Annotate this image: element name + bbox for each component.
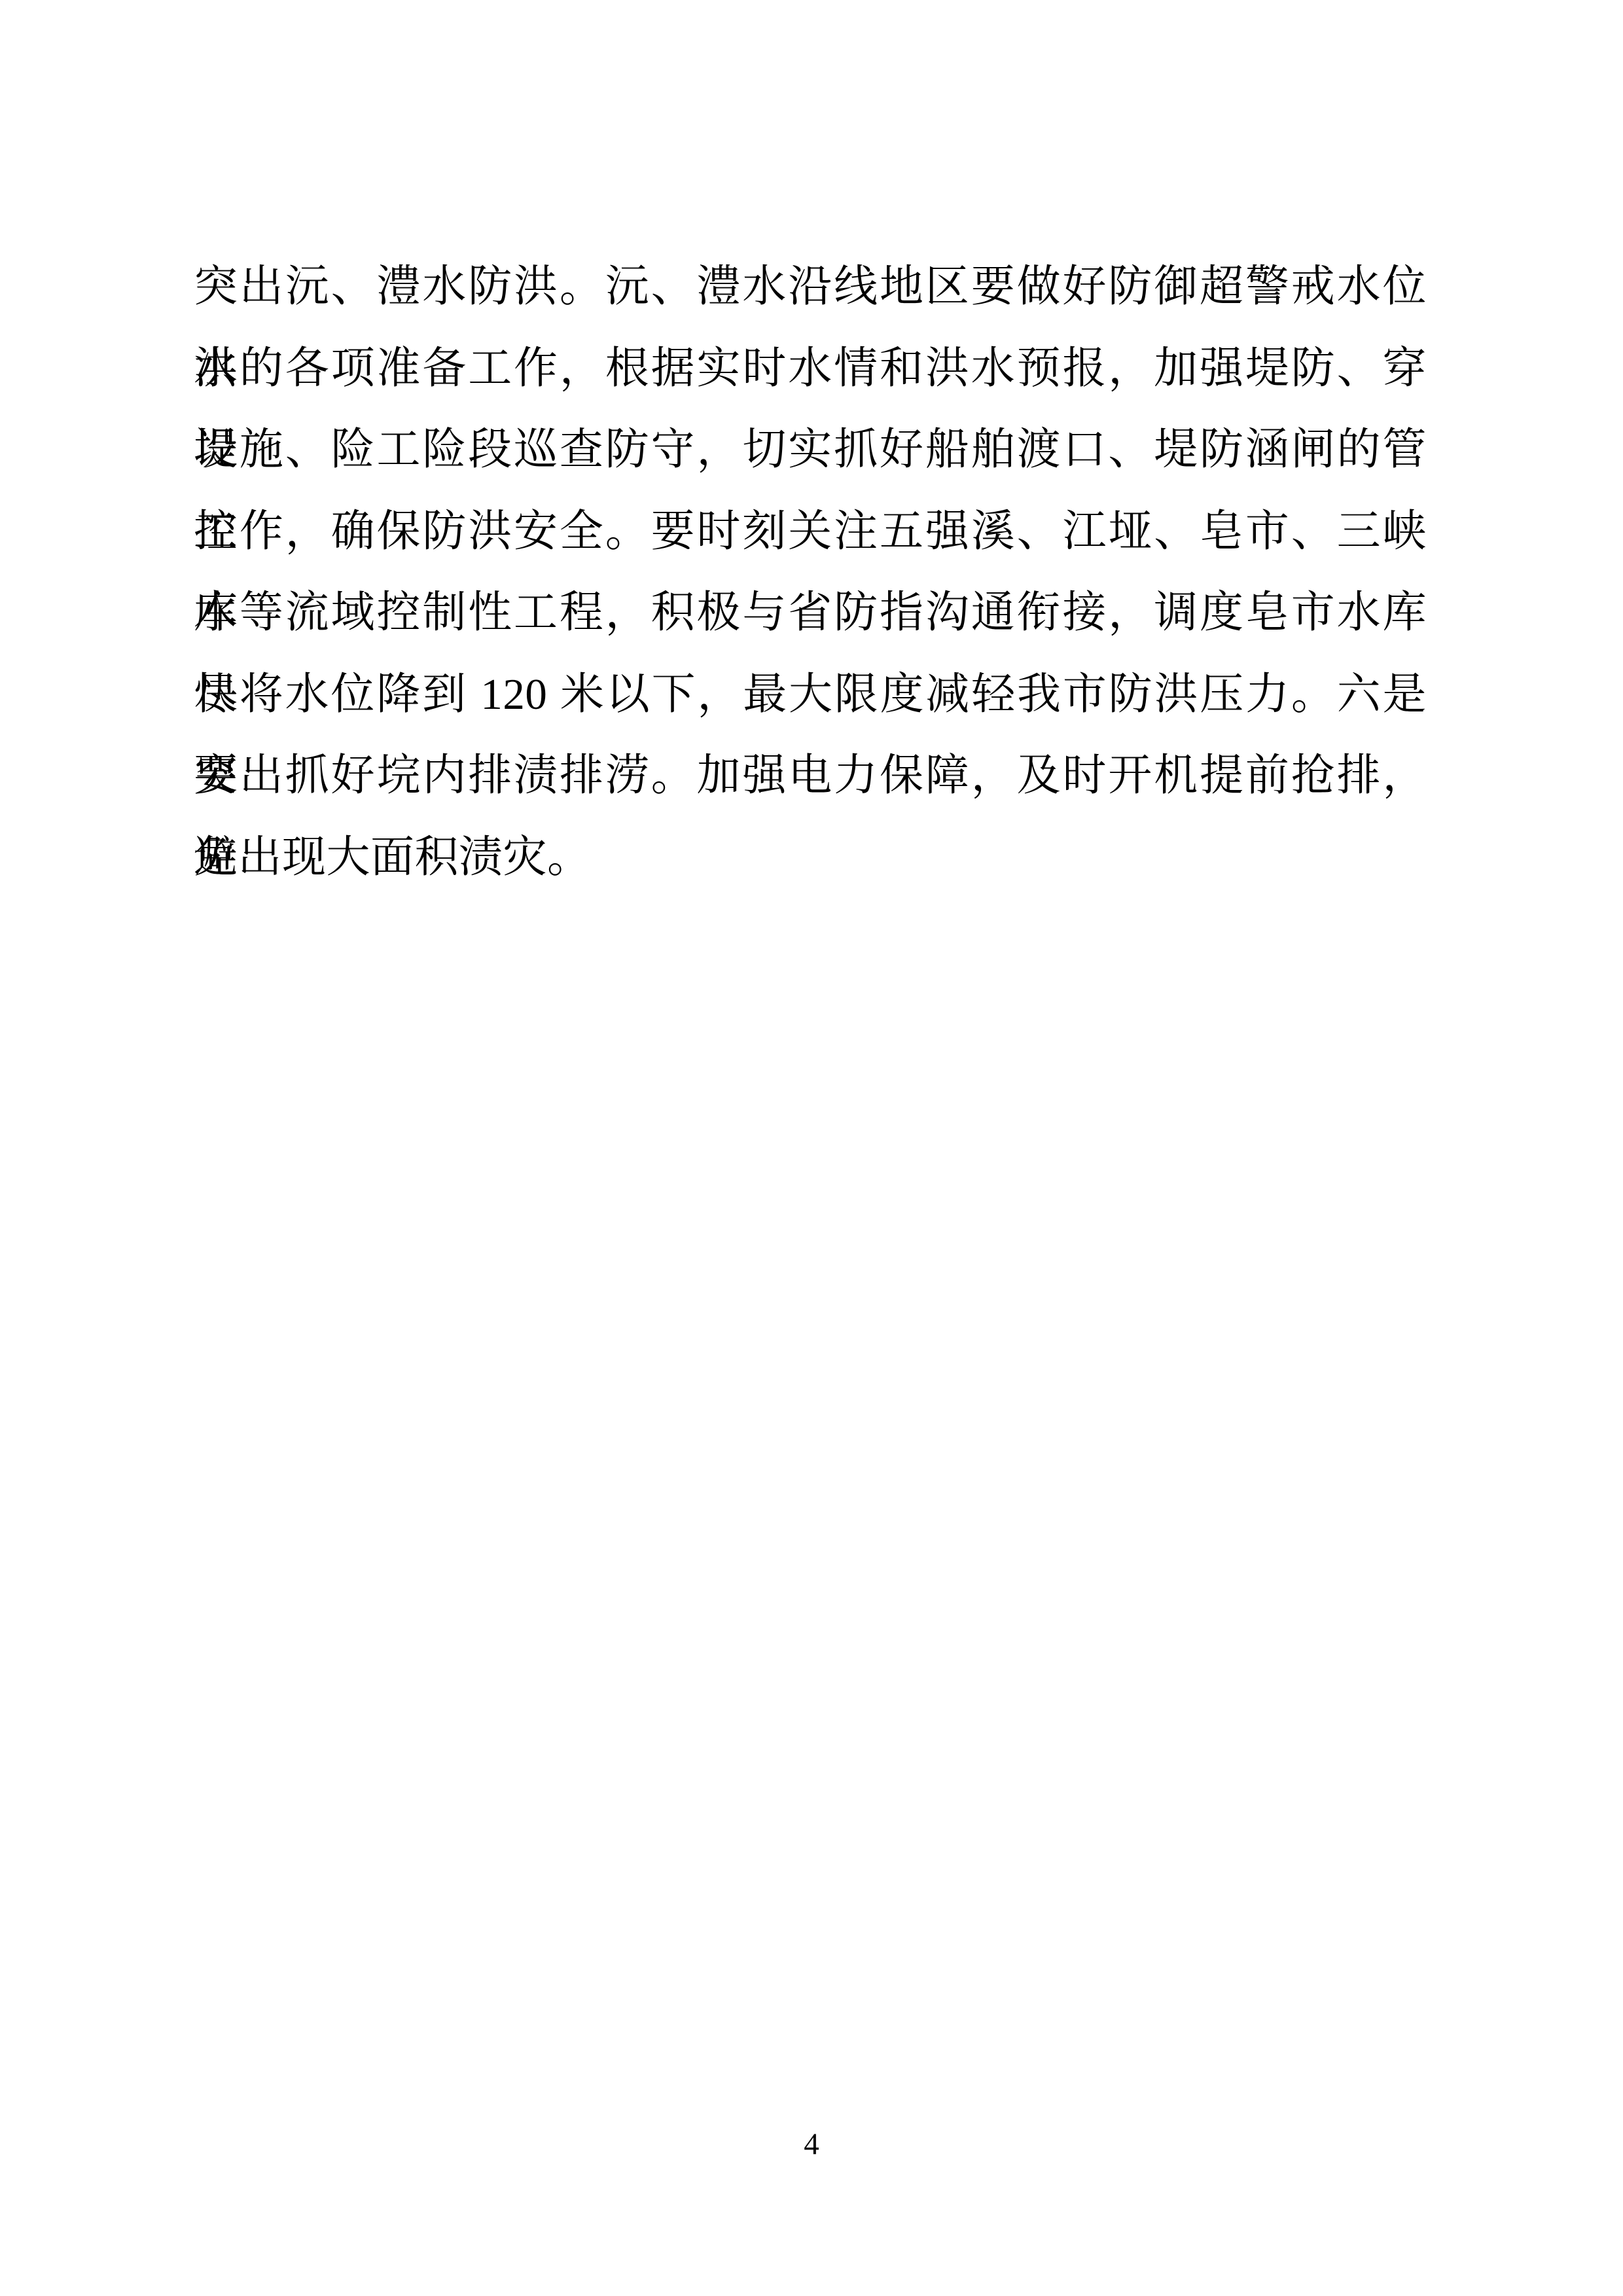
document-page: 突出沅、澧水防洪。沅、澧水沿线地区要做好防御超警戒水位洪 水的各项准备工作，根据… (0, 0, 1623, 2296)
text-line: 工作，确保防洪安全。要时刻关注五强溪、江垭、皂市、三峡水 (194, 491, 1427, 573)
text-line: 突出沅、澧水防洪。沅、澧水沿线地区要做好防御超警戒水位洪 (194, 246, 1427, 328)
page-number: 4 (0, 2126, 1623, 2162)
text-line: 设施、险工险段巡查防守，切实抓好船舶渡口、堤防涵闸的管控 (194, 409, 1427, 491)
text-line: 水的各项准备工作，根据实时水情和洪水预报，加强堤防、穿堤 (194, 328, 1427, 410)
text-line: 库等流域控制性工程，积极与省防指沟通衔接，调度皂市水库尽 (194, 572, 1427, 654)
text-line: 快将水位降到 120 米以下，最大限度减轻我市防洪压力。六是要 (194, 654, 1427, 736)
text-line: 突出抓好垸内排渍排涝。加强电力保障，及时开机提前抢排，避 (194, 735, 1427, 817)
paragraph-continuation: 突出沅、澧水防洪。沅、澧水沿线地区要做好防御超警戒水位洪 水的各项准备工作，根据… (194, 246, 1427, 898)
text-line: 免出现大面积渍灾。 (194, 817, 1427, 899)
